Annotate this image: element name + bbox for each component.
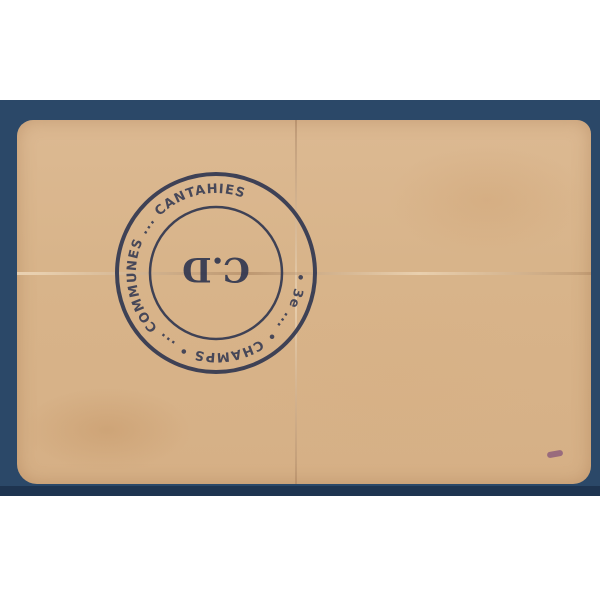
- circular-ink-stamp: • 3e ... • CHAMPS • ... COMMUNES ... CAN…: [113, 170, 319, 376]
- ink-blot: [547, 450, 564, 459]
- banknote-reverse: • 3e ... • CHAMPS • ... COMMUNES ... CAN…: [17, 120, 591, 484]
- stamp-center-text: C.D: [182, 249, 250, 289]
